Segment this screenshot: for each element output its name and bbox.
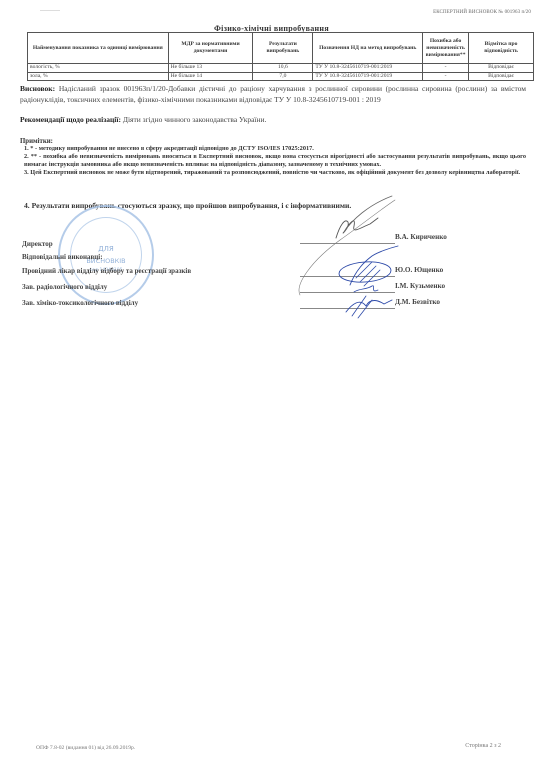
director-name: В.А. Кириченко: [395, 233, 447, 241]
footer-form-reference: ОПФ 7.8-02 (видання 01) від 26.09.2019р.: [36, 745, 135, 751]
column-header: Відмітка про відповідність: [469, 33, 534, 64]
column-header: Результати випробувань: [253, 33, 313, 64]
table-cell: Відповідає: [469, 64, 534, 73]
signature-line: [300, 243, 395, 244]
stamp-center-text: ДЛЯ: [60, 245, 152, 253]
column-header: Похибка або невизначеність вимірювання**: [423, 33, 469, 64]
notes-list: 1. * - методику випробування не внесено …: [24, 145, 526, 177]
document-page: ЕКСПЕРТНИЙ ВИСНОВОК № 001963 п/20 Фізико…: [0, 0, 543, 768]
note-item-4: 4. Результати випробувань стосуються зра…: [24, 201, 351, 210]
notes-title: Примітки:: [20, 138, 53, 145]
table-cell: зола, %: [28, 72, 169, 81]
signature-line: [300, 308, 395, 309]
scan-artifact: [40, 10, 60, 11]
table-cell: ТУ У 10.8-3245610719-001:2019: [313, 64, 423, 73]
table-cell: 7,0: [253, 72, 313, 81]
recommendation-label: Рекомендації щодо реалізації:: [20, 115, 121, 124]
table-cell: Не більше 14: [168, 72, 253, 81]
footer-page-number: Сторінка 2 з 2: [465, 743, 501, 749]
signature-line: [300, 292, 395, 293]
table-cell: -: [423, 64, 469, 73]
role-label: Провідний лікар відділу відбору та реєст…: [22, 267, 191, 275]
signature-line: [300, 276, 395, 277]
conclusion-label: Висновок:: [20, 84, 55, 93]
conclusion-paragraph: Висновок: Надісланий зразок 001963п/1/20…: [20, 84, 526, 105]
recommendation-paragraph: Рекомендації щодо реалізації: Діяти згід…: [20, 115, 526, 126]
conclusion-text: Надісланий зразок 001963п/1/20-Добавки д…: [20, 84, 526, 104]
recommendation-text: Діяти згідно чинного законодавства Украї…: [123, 115, 267, 124]
note-item: 1. * - методику випробування не внесено …: [24, 145, 526, 153]
signatory-name: Ю.О. Ющенко: [395, 266, 443, 274]
table-cell: 10,6: [253, 64, 313, 73]
role-label: Зав. хіміко-токсикологічного відділу: [22, 299, 138, 307]
note-item: 3. Цей Експертний висновок не може бути …: [24, 169, 526, 177]
note-item: 2. ** - похибка або невизначеність вимір…: [24, 153, 526, 169]
table-cell: -: [423, 72, 469, 81]
signatory-name: І.М. Кузьменко: [395, 282, 445, 290]
column-header: Найменування показника та одиниці вимірю…: [28, 33, 169, 64]
table-row: зола, % Не більше 14 7,0 ТУ У 10.8-32456…: [28, 72, 534, 81]
signatory-name: Д.М. Безвітко: [395, 298, 440, 306]
table-cell: ТУ У 10.8-3245610719-001:2019: [313, 72, 423, 81]
table-row: вологість, % Не більше 13 10,6 ТУ У 10.8…: [28, 64, 534, 73]
document-id-header: ЕКСПЕРТНИЙ ВИСНОВОК № 001963 п/20: [433, 10, 531, 15]
table-cell: Відповідає: [469, 72, 534, 81]
column-header: Позначення НД на метод випробувань: [313, 33, 423, 64]
responsible-label: Відповідальні виконавці:: [22, 253, 103, 261]
role-label: Зав. радіологічного відділу: [22, 283, 107, 291]
director-label: Директор: [22, 240, 53, 248]
results-table: Найменування показника та одиниці вимірю…: [27, 32, 534, 81]
table-cell: Не більше 13: [168, 64, 253, 73]
table-header-row: Найменування показника та одиниці вимірю…: [28, 33, 534, 64]
column-header: МДР за нормативними документами: [168, 33, 253, 64]
table-cell: вологість, %: [28, 64, 169, 73]
